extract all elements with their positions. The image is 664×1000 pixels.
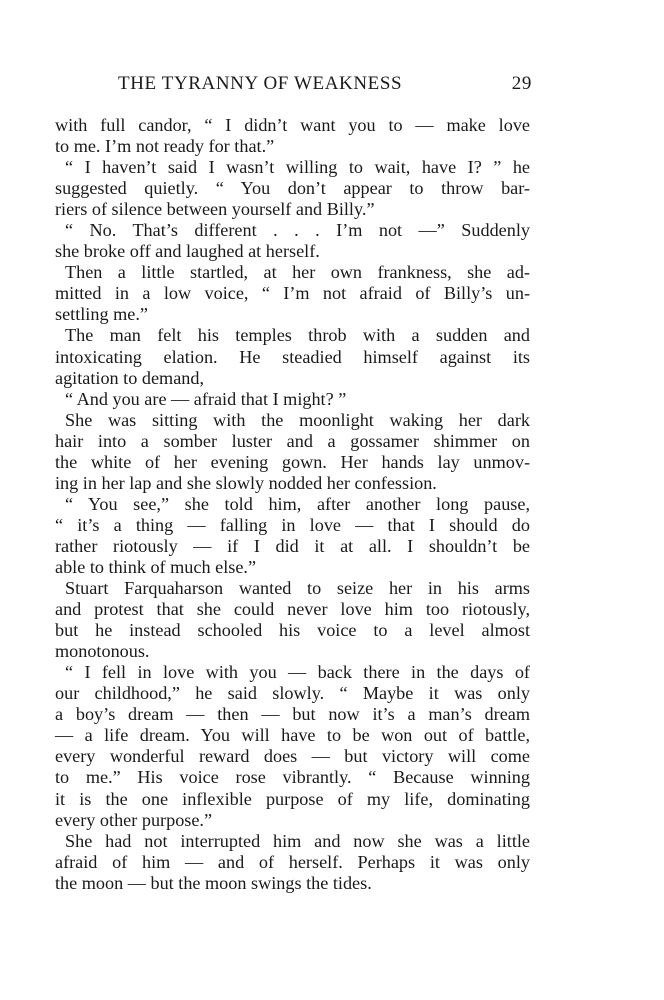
text-line: a boy’s dream — then — but now it’s a ma… <box>55 704 530 725</box>
text-line: rather riotously — if I did it at all. I… <box>55 536 530 557</box>
text-line: “ it’s a thing — falling in love — that … <box>55 515 530 536</box>
text-line: to me. I’m not ready for that.” <box>55 136 530 157</box>
text-line: ing in her lap and she slowly nodded her… <box>55 473 530 494</box>
running-header: THE TYRANNY OF WEAKNESS 29 <box>118 73 532 99</box>
page-number: 29 <box>512 73 532 95</box>
running-title: THE TYRANNY OF WEAKNESS <box>118 73 402 95</box>
text-line: the moon — but the moon swings the tides… <box>55 873 530 894</box>
text-line: and protest that she could never love hi… <box>55 599 530 620</box>
text-line: “ And you are — afraid that I might? ” <box>55 389 530 410</box>
book-page: THE TYRANNY OF WEAKNESS 29 with full can… <box>0 0 664 1000</box>
body-text: with full candor, “ I didn’t want you to… <box>55 115 530 894</box>
text-line: Stuart Farquaharson wanted to seize her … <box>55 578 530 599</box>
text-line: riers of silence between yourself and Bi… <box>55 199 530 220</box>
text-line: She had not interrupted him and now she … <box>55 831 530 852</box>
text-line: “ You see,” she told him, after another … <box>55 494 530 515</box>
text-line: but he instead schooled his voice to a l… <box>55 620 530 641</box>
text-line: “ I fell in love with you — back there i… <box>55 662 530 683</box>
text-line: intoxicating elation. He steadied himsel… <box>55 347 530 368</box>
text-line: afraid of him — and of herself. Perhaps … <box>55 852 530 873</box>
text-line: with full candor, “ I didn’t want you to… <box>55 115 530 136</box>
text-line: the white of her evening gown. Her hands… <box>55 452 530 473</box>
text-line: She was sitting with the moonlight wakin… <box>55 410 530 431</box>
text-line: every wonderful reward does — but victor… <box>55 746 530 767</box>
text-line: able to think of much else.” <box>55 557 530 578</box>
text-line: agitation to demand, <box>55 368 530 389</box>
text-line: every other purpose.” <box>55 810 530 831</box>
text-line: hair into a somber luster and a gossamer… <box>55 431 530 452</box>
text-line: our childhood,” he said slowly. “ Maybe … <box>55 683 530 704</box>
text-line: mitted in a low voice, “ I’m not afraid … <box>55 283 530 304</box>
text-line: settling me.” <box>55 304 530 325</box>
text-line: it is the one inflexible purpose of my l… <box>55 789 530 810</box>
text-line: “ I haven’t said I wasn’t willing to wai… <box>55 157 530 178</box>
text-line: monotonous. <box>55 641 530 662</box>
text-line: “ No. That’s different . . . I’m not —” … <box>55 220 530 241</box>
text-line: to me.” His voice rose vibrantly. “ Beca… <box>55 767 530 788</box>
text-line: Then a little startled, at her own frank… <box>55 262 530 283</box>
text-line: suggested quietly. “ You don’t appear to… <box>55 178 530 199</box>
text-line: she broke off and laughed at herself. <box>55 241 530 262</box>
text-line: The man felt his temples throb with a su… <box>55 325 530 346</box>
text-line: — a life dream. You will have to be won … <box>55 725 530 746</box>
